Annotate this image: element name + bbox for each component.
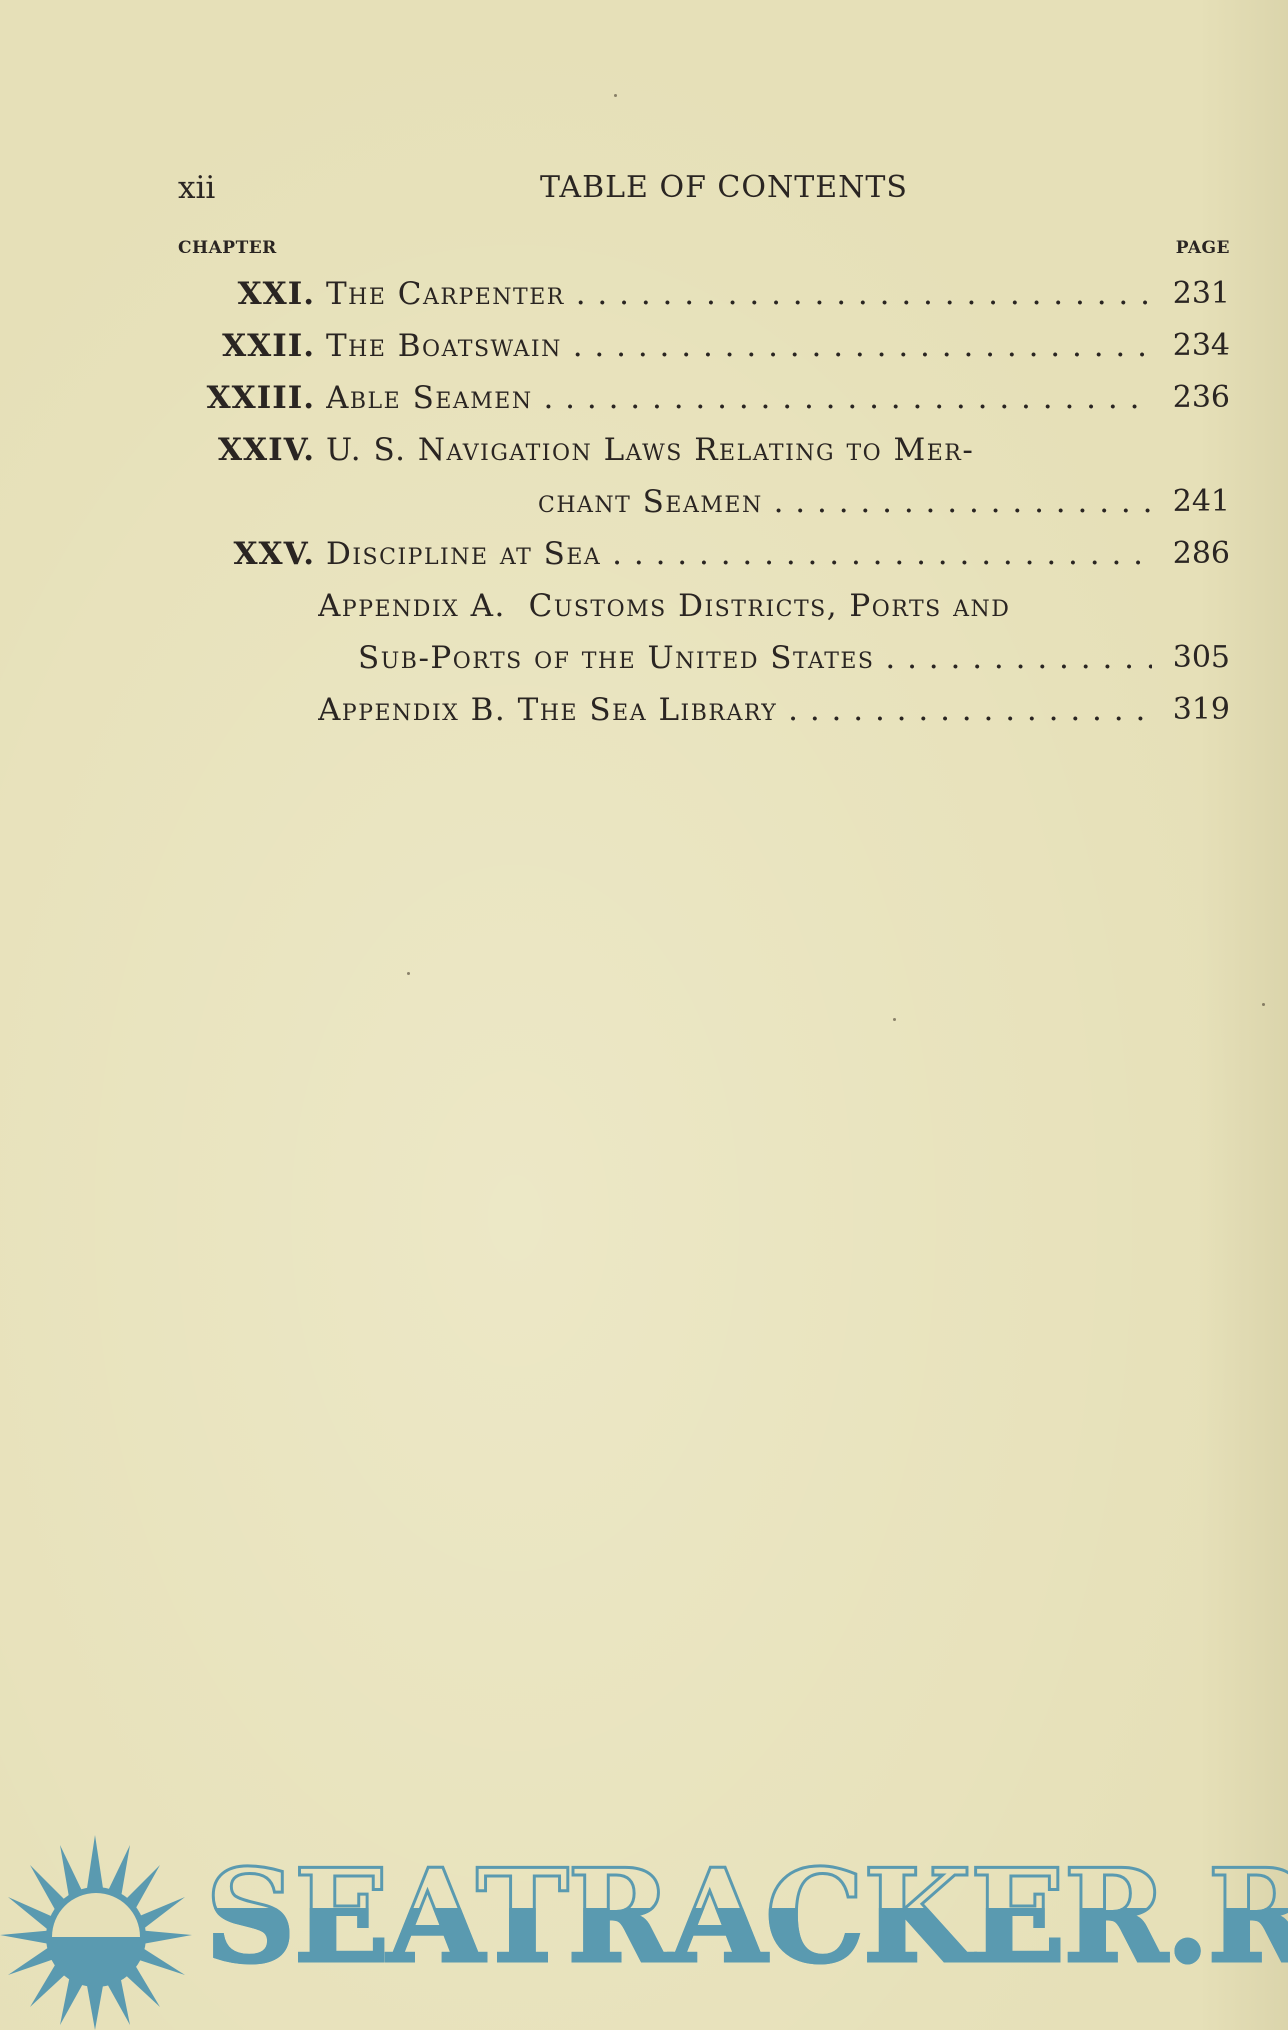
page-number: 236 (1160, 372, 1230, 424)
toc-entry: XXIII. Able Seamen 236 (178, 372, 1230, 424)
page-number: 234 (1160, 320, 1230, 372)
toc-entry: XXII. The Boatswain 234 (178, 320, 1230, 372)
page-column-header: PAGE (1176, 238, 1230, 258)
toc-entry: Appendix B. The Sea Library 319 (178, 684, 1230, 736)
paper-speck (407, 972, 410, 975)
chapter-title: The Carpenter (326, 268, 1152, 320)
chapter-column-header: CHAPTER (178, 238, 277, 258)
page-number: 286 (1160, 528, 1230, 580)
watermark: SEATRACKER.RU (0, 1835, 1288, 2030)
sun-burst-icon (0, 1835, 200, 2030)
chapter-number: XXII. (222, 320, 315, 372)
page-number: 231 (1160, 268, 1230, 320)
paper-speck (1262, 1003, 1265, 1006)
chapter-title: Discipline at Sea (326, 528, 1152, 580)
chapter-title-line-2: chant Seamen (538, 476, 1152, 528)
toc-entry: XXI. The Carpenter 231 (178, 268, 1230, 320)
chapter-number: XXI. (238, 268, 315, 320)
chapter-title: The Boatswain (326, 320, 1152, 372)
running-head-title: TABLE OF CONTENTS (178, 170, 1230, 205)
appendix-title-line-1: Appendix A. Customs Districts, Ports and (318, 580, 1152, 632)
book-page: xii TABLE OF CONTENTS CHAPTER PAGE XXI. … (0, 0, 1288, 2030)
toc-entry: XXV. Discipline at Sea 286 (178, 528, 1230, 580)
toc-entry: XXIV. U. S. Navigation Laws Relating to … (178, 424, 1230, 476)
toc-entry: Appendix A. Customs Districts, Ports and (178, 580, 1230, 632)
table-of-contents: XXI. The Carpenter 231 XXII. The Boatswa… (178, 268, 1230, 736)
chapter-number: XXIII. (207, 372, 315, 424)
page-number: 241 (1160, 476, 1230, 528)
chapter-title: Able Seamen (326, 372, 1152, 424)
appendix-title: Appendix B. The Sea Library (318, 684, 1152, 736)
chapter-title-line-1: U. S. Navigation Laws Relating to Mer- (326, 424, 1152, 476)
appendix-title-line-2: Sub-Ports of the United States (358, 632, 1152, 684)
chapter-number: XXIV. (218, 424, 315, 476)
toc-entry-continuation: chant Seamen 241 (178, 476, 1230, 528)
page-number: 319 (1160, 684, 1230, 736)
paper-speck (893, 1018, 896, 1021)
watermark-text: SEATRACKER.RU (205, 1853, 1288, 1981)
chapter-number: XXV. (233, 528, 315, 580)
running-head: xii TABLE OF CONTENTS (178, 170, 1230, 210)
paper-speck (614, 94, 617, 97)
toc-entry-continuation: Sub-Ports of the United States 305 (178, 632, 1230, 684)
page-number: 305 (1160, 632, 1230, 684)
